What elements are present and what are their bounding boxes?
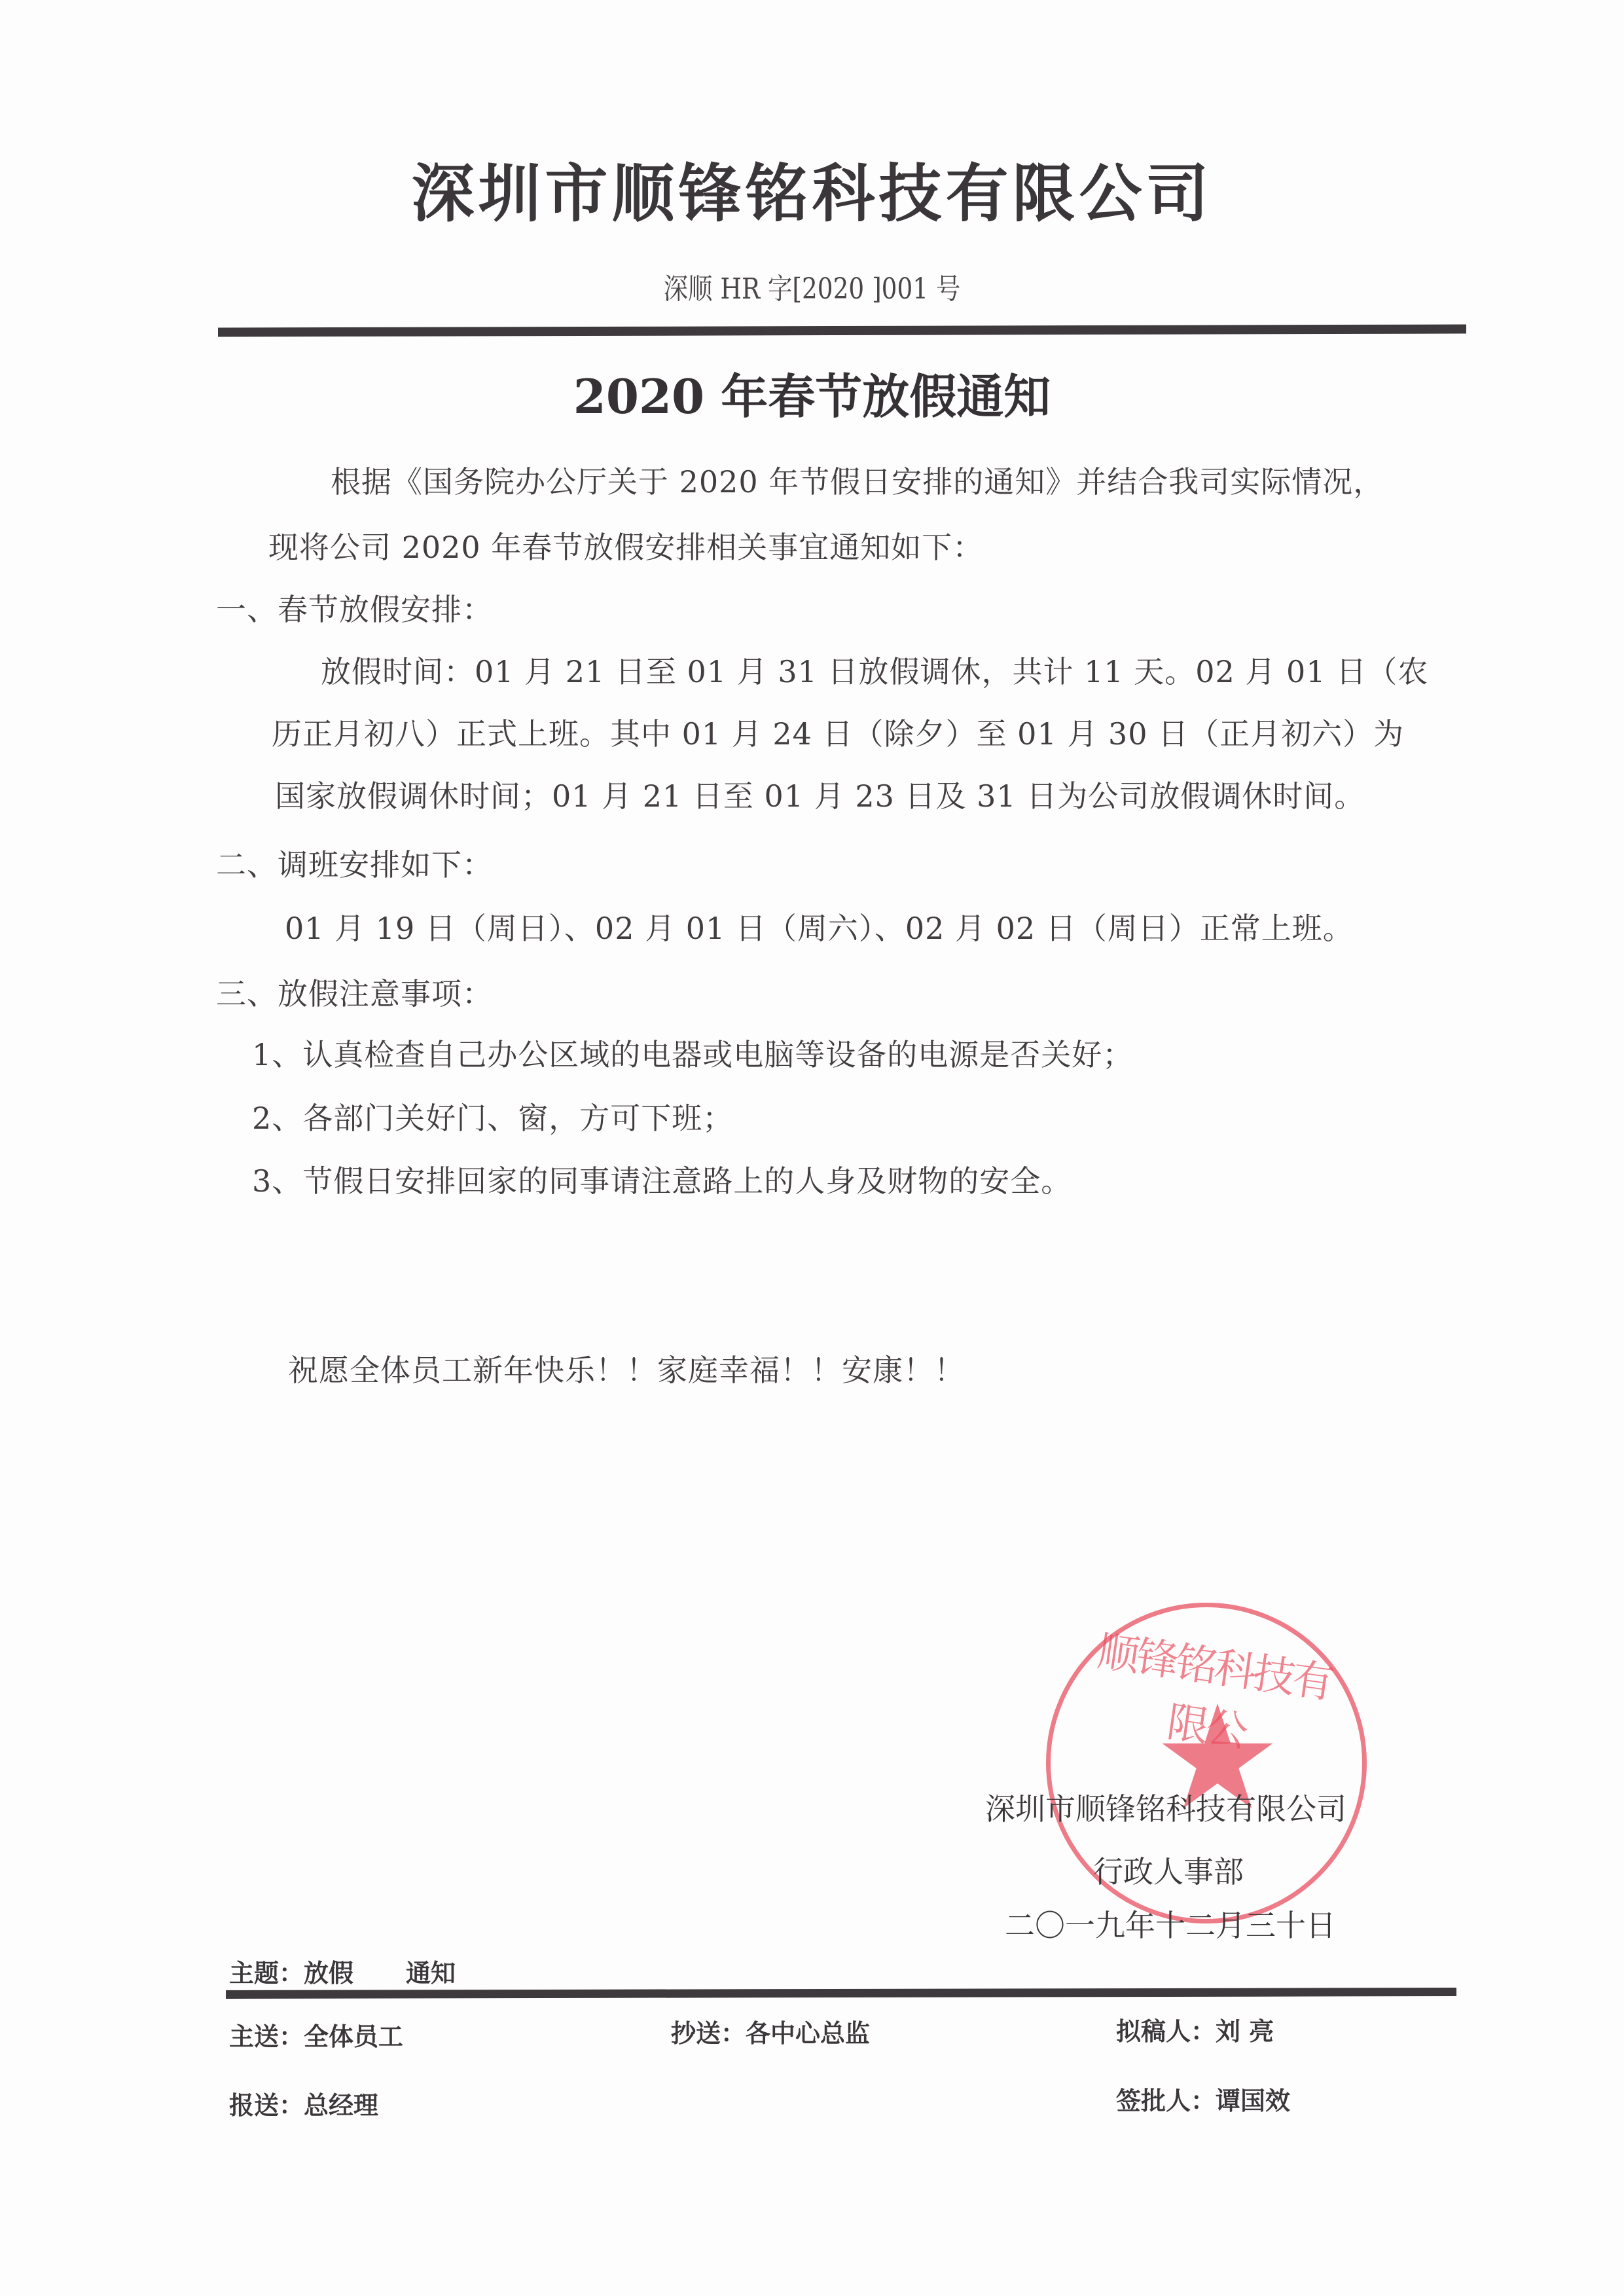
signature-date: 二〇一九年十二月三十日 [1005,1902,1336,1945]
report-recipient: 报送：总经理 [229,2085,378,2121]
header-divider [218,325,1466,337]
section-1-line-3: 国家放假调休时间；01 月 21 日至 01 月 23 日及 31 日为公司放假… [275,773,1365,816]
signature-department: 行政人事部 [1093,1848,1244,1891]
signature-company: 深圳市顺锋铭科技有限公司 [985,1785,1346,1829]
cc-recipient: 抄送：各中心总监 [671,2013,870,2049]
seal-arc-text: 顺锋铭科技有限公 [1083,1617,1339,1770]
approver: 签批人：谭国效 [1116,2081,1290,2117]
footer-divider [226,1988,1456,1999]
section-1-heading: 一、春节放假安排： [216,586,493,629]
document-number: 深顺 HR 字[2020 ]001 号 [122,265,1502,307]
main-recipient: 主送：全体员工 [229,2016,403,2052]
section-3-heading: 三、放假注意事项： [216,970,493,1013]
section-3-item-3: 3、节假日安排回家的同事请注意路上的人身及财物的安全。 [252,1157,1072,1201]
company-title: 深圳市顺锋铭科技有限公司 [0,144,1624,234]
section-1-line-1: 放假时间：01 月 21 日至 01 月 31 日放假调休，共计 11 天。02… [321,648,1428,691]
subject-label: 主题： [229,1959,304,1988]
section-3-item-2: 2、各部门关好门、窗，方可下班； [252,1095,733,1138]
intro-line-2: 现将公司 2020 年春节放假安排相关事宜通知如下： [268,524,983,567]
section-2-line-1: 01 月 19 日（周日）、02 月 01 日（周六）、02 月 02 日（周日… [285,905,1354,948]
notice-title: 2020 年春节放假通知 [0,359,1624,427]
section-3-item-1: 1、认真检查自己办公区域的电器或电脑等设备的电源是否关好； [252,1031,1133,1074]
drafter: 拟稿人：刘 亮 [1116,2011,1274,2047]
intro-line-1: 根据《国务院办公厅关于 2020 年节假日安排的通知》并结合我司实际情况， [331,458,1384,501]
subject-value-2: 通知 [406,1959,456,1988]
subject-value-1: 放假 [304,1959,353,1988]
subject-line: 主题：放假通知 [229,1953,456,1989]
section-1-line-2: 历正月初八）正式上班。其中 01 月 24 日（除夕）至 01 月 30 日（正… [272,710,1404,754]
section-2-heading: 二、调班安排如下： [216,841,493,884]
greeting: 祝愿全体员工新年快乐！！家庭幸福！！安康！！ [288,1347,965,1390]
